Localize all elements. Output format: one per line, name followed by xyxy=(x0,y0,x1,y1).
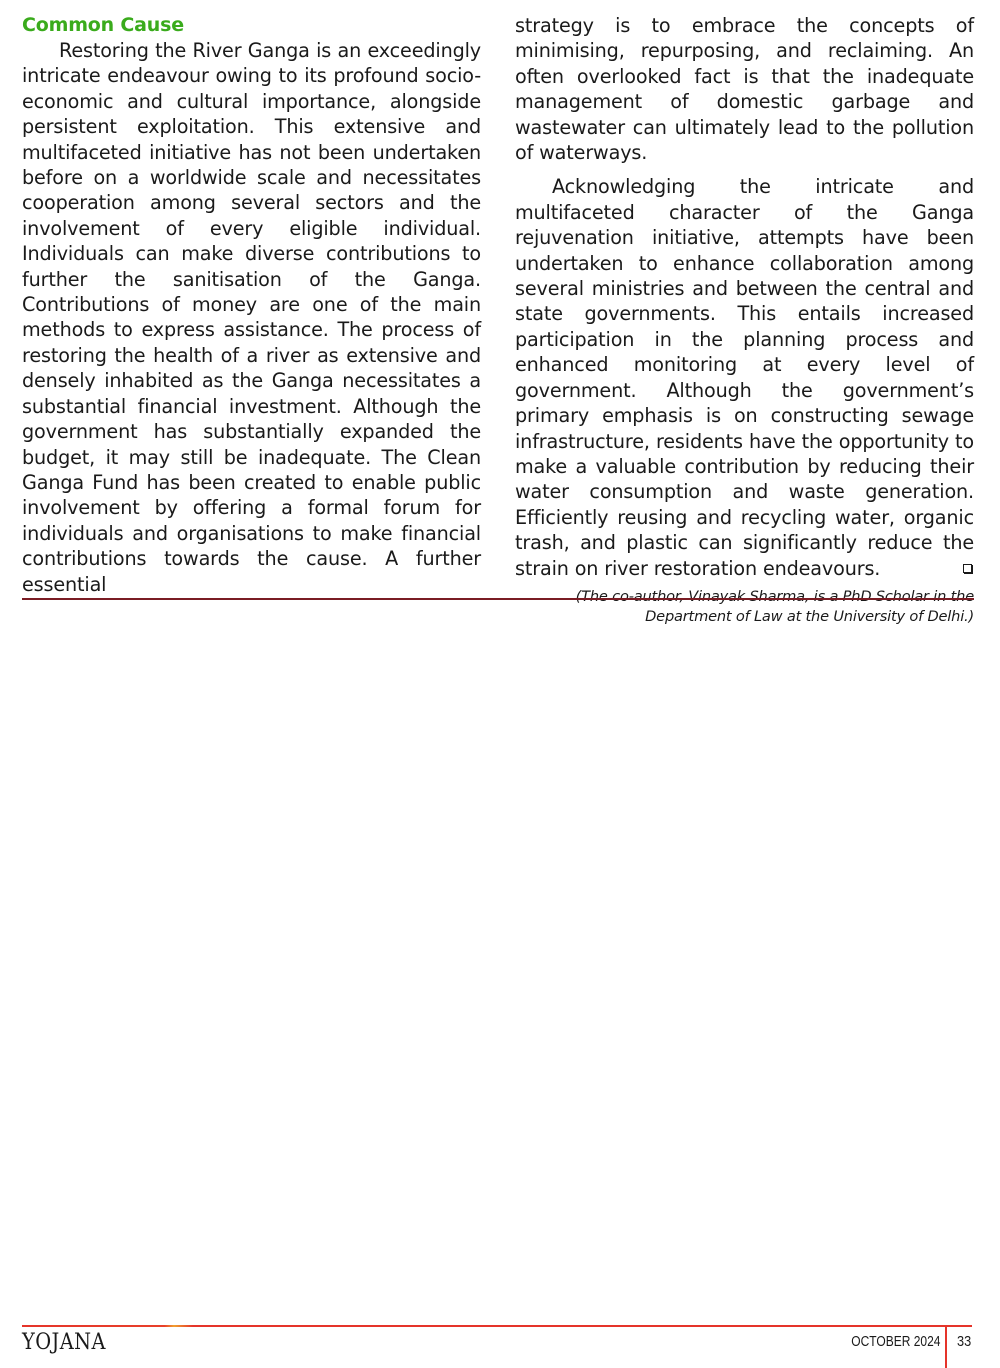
section-heading: Common Cause xyxy=(22,13,481,38)
byline-line-1: (The co-author, Vinayak Sharma, is a PhD… xyxy=(515,587,974,607)
issue-date: OCTOBER 2024 xyxy=(851,1333,940,1350)
byline-line-2: Department of Law at the University of D… xyxy=(515,607,974,627)
author-byline: (The co-author, Vinayak Sharma, is a PhD… xyxy=(515,587,974,627)
article-left-column: Common Cause Restoring the River Ganga i… xyxy=(22,13,481,597)
paragraph-continued: strategy is to embrace the concepts of m… xyxy=(515,13,974,165)
end-mark-icon xyxy=(963,564,972,573)
article-right-column: strategy is to embrace the concepts of m… xyxy=(515,13,974,627)
paragraph-collaboration: Acknowledging the intricate and multifac… xyxy=(515,174,974,581)
publication-name: YOJANA xyxy=(22,1330,106,1355)
paragraph-common-cause: Restoring the River Ganga is an exceedin… xyxy=(22,38,481,597)
footer-rule xyxy=(22,1325,972,1327)
footer-vertical-rule xyxy=(945,1326,947,1368)
page-number: 33 xyxy=(957,1333,971,1350)
paragraph-collaboration-text: Acknowledging the intricate and multifac… xyxy=(515,175,974,579)
article-end-divider xyxy=(22,598,974,600)
